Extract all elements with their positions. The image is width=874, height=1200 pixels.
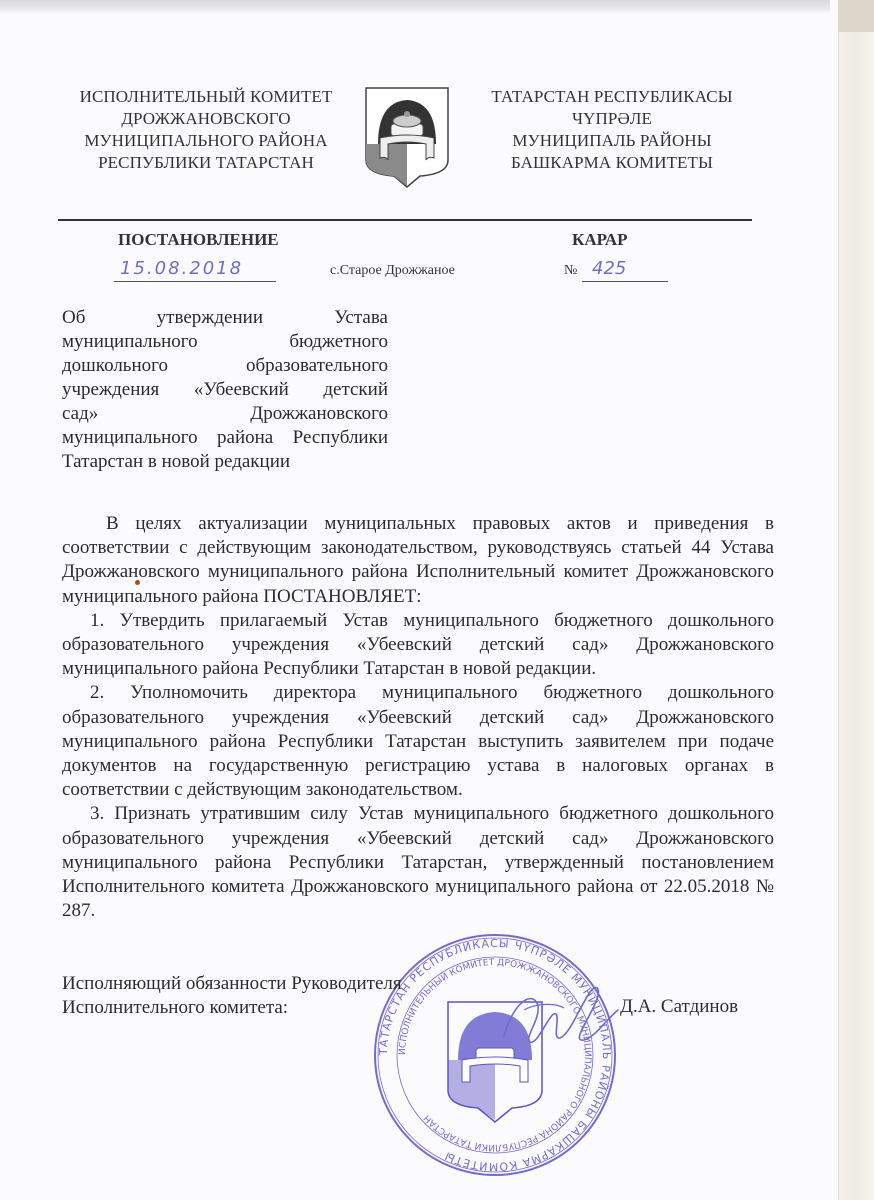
subject-line: Об утверждении Устава (62, 306, 388, 330)
header-right-line: МУНИЦИПАЛЬ РАЙОНЫ (472, 130, 752, 152)
signatory-role-line2: Исполнительного комитета: (62, 996, 402, 1020)
number-handwritten: 425 (582, 258, 668, 282)
header-right-line: ЧҮПРӘЛЕ (472, 108, 752, 130)
place: с.Старое Дрожжаное (330, 263, 455, 279)
body-text: В целях актуализации муниципальных право… (62, 512, 774, 923)
subject-block: Об утверждении Устава муниципального бюд… (62, 306, 388, 474)
signatory-role: Исполняющий обязанности Руководителя Исп… (62, 972, 402, 1020)
scan-edge-right (838, 0, 874, 1200)
subject-line: муниципального бюджетного (62, 330, 388, 354)
signature-scribble (494, 980, 624, 1052)
header-right-line: ТАТАРСТАН РЕСПУБЛИКАСЫ (472, 86, 752, 108)
resolution-item-3: 3. Признать утратившим силу Устав муници… (62, 802, 774, 923)
header-left-line: ДРОЖЖАНОВСКОГО (58, 108, 354, 130)
resolution-item-2: 2. Уполномочить директора муниципального… (62, 681, 774, 802)
official-stamp-icon: ТАТАРСТАН РЕСПУБЛИКАСЫ ЧҮПРӘЛЕ МУНИЦИПАЛ… (370, 930, 620, 1180)
scan-corner (838, 0, 874, 32)
subject-line: учреждения «Убеевский детский (62, 378, 388, 402)
header-right-line: БАШКАРМА КОМИТЕТЫ (472, 152, 752, 174)
date-handwritten: 15.08.2018 (114, 258, 276, 282)
signatory-role-line1: Исполняющий обязанности Руководителя (62, 972, 402, 996)
subject-line: Татарстан в новой редакции (62, 450, 388, 474)
subject-line: сад» Дрожжановского (62, 402, 388, 426)
header-left-line: МУНИЦИПАЛЬНОГО РАЙОНА (58, 130, 354, 152)
scan-edge-top (0, 0, 830, 14)
number-label: № (564, 263, 577, 279)
subject-line: дошкольного образовательного (62, 354, 388, 378)
subject-line: муниципального района Республики (62, 426, 388, 450)
preamble: В целях актуализации муниципальных право… (62, 512, 774, 609)
resolution-item-1: 1. Утвердить прилагаемый Устав муниципал… (62, 609, 774, 682)
coat-of-arms-icon (364, 86, 450, 188)
header-left-line: ИСПОЛНИТЕЛЬНЫЙ КОМИТЕТ (58, 86, 354, 108)
header-right-tt: ТАТАРСТАН РЕСПУБЛИКАСЫ ЧҮПРӘЛЕ МУНИЦИПАЛ… (472, 86, 752, 174)
header-left-line: РЕСПУБЛИКИ ТАТАРСТАН (58, 152, 354, 174)
header-left-ru: ИСПОЛНИТЕЛЬНЫЙ КОМИТЕТ ДРОЖЖАНОВСКОГО МУ… (58, 86, 354, 174)
doc-type-ru: ПОСТАНОВЛЕНИЕ (118, 230, 279, 250)
doc-type-tt: КАРАР (572, 230, 627, 250)
signatory-name: Д.А. Сатдинов (620, 996, 738, 1018)
header-divider (58, 219, 752, 221)
ink-spot (135, 580, 140, 585)
